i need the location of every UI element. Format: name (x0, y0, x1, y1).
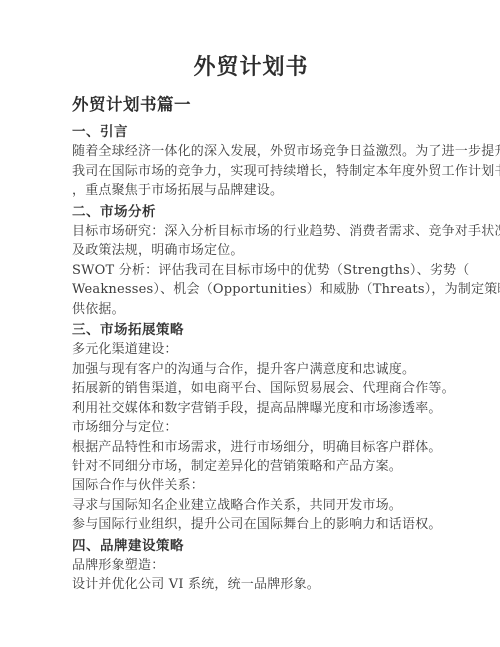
body-line: 加强与现有客户的沟通与合作，提升客户满意度和忠诚度。 (72, 360, 430, 379)
body-line: 品牌形象塑造： (72, 556, 430, 575)
body-line: 国际合作与伙伴关系： (72, 476, 430, 495)
body-line: 设计并优化公司 VI 系统，统一品牌形象。 (72, 575, 430, 594)
body-line: 利用社交媒体和数字营销手段，提高品牌曝光度和市场渗透率。 (72, 399, 430, 418)
body-line: 目标市场研究：深入分析目标市场的行业趋势、消费者需求、竞争对手状况 (72, 222, 430, 241)
section-introduction: 一、引言 随着全球经济一体化的深入发展，外贸市场竞争日益激烈。为了进一步提升 我… (72, 123, 430, 201)
body-line: ，重点聚焦于市场拓展与品牌建设。 (72, 181, 430, 200)
body-line: 根据产品特性和市场需求，进行市场细分，明确目标客户群体。 (72, 438, 430, 457)
body-line: 及政策法规，明确市场定位。 (72, 241, 430, 260)
chapter-heading: 外贸计划书篇一 (72, 93, 430, 116)
body-line: Weaknesses）、机会（Opportunities）和威胁（Threats… (72, 280, 430, 299)
section-brand-building-strategy: 四、品牌建设策略 品牌形象塑造： 设计并优化公司 VI 系统，统一品牌形象。 (72, 537, 430, 595)
section-market-analysis: 二、市场分析 目标市场研究：深入分析目标市场的行业趋势、消费者需求、竞争对手状况… (72, 203, 430, 319)
body-line: 随着全球经济一体化的深入发展，外贸市场竞争日益激烈。为了进一步提升 (72, 142, 430, 161)
section-market-expansion-strategy: 三、市场拓展策略 多元化渠道建设： 加强与现有客户的沟通与合作，提升客户满意度和… (72, 321, 430, 534)
body-line: 参与国际行业组织，提升公司在国际舞台上的影响力和话语权。 (72, 515, 430, 534)
body-line: 拓展新的销售渠道，如电商平台、国际贸易展会、代理商合作等。 (72, 379, 430, 398)
section-heading-introduction: 一、引言 (72, 123, 430, 142)
body-line: 我司在国际市场的竞争力，实现可持续增长，特制定本年度外贸工作计划书 (72, 162, 430, 181)
document-title: 外贸计划书 (72, 52, 430, 82)
body-line: 针对不同细分市场，制定差异化的营销策略和产品方案。 (72, 457, 430, 476)
body-line: 多元化渠道建设： (72, 340, 430, 359)
body-line: 寻求与国际知名企业建立战略合作关系，共同开发市场。 (72, 496, 430, 515)
section-heading-market-expansion: 三、市场拓展策略 (72, 321, 430, 340)
body-line: 市场细分与定位： (72, 418, 430, 437)
body-line: SWOT 分析：评估我司在目标市场中的优势（Strengths）、劣势（ (72, 261, 430, 280)
document-page: 外贸计划书 外贸计划书篇一 一、引言 随着全球经济一体化的深入发展，外贸市场竞争… (0, 0, 500, 647)
section-heading-brand-building: 四、品牌建设策略 (72, 537, 430, 556)
body-line: 供依据。 (72, 300, 430, 319)
section-heading-market-analysis: 二、市场分析 (72, 203, 430, 222)
